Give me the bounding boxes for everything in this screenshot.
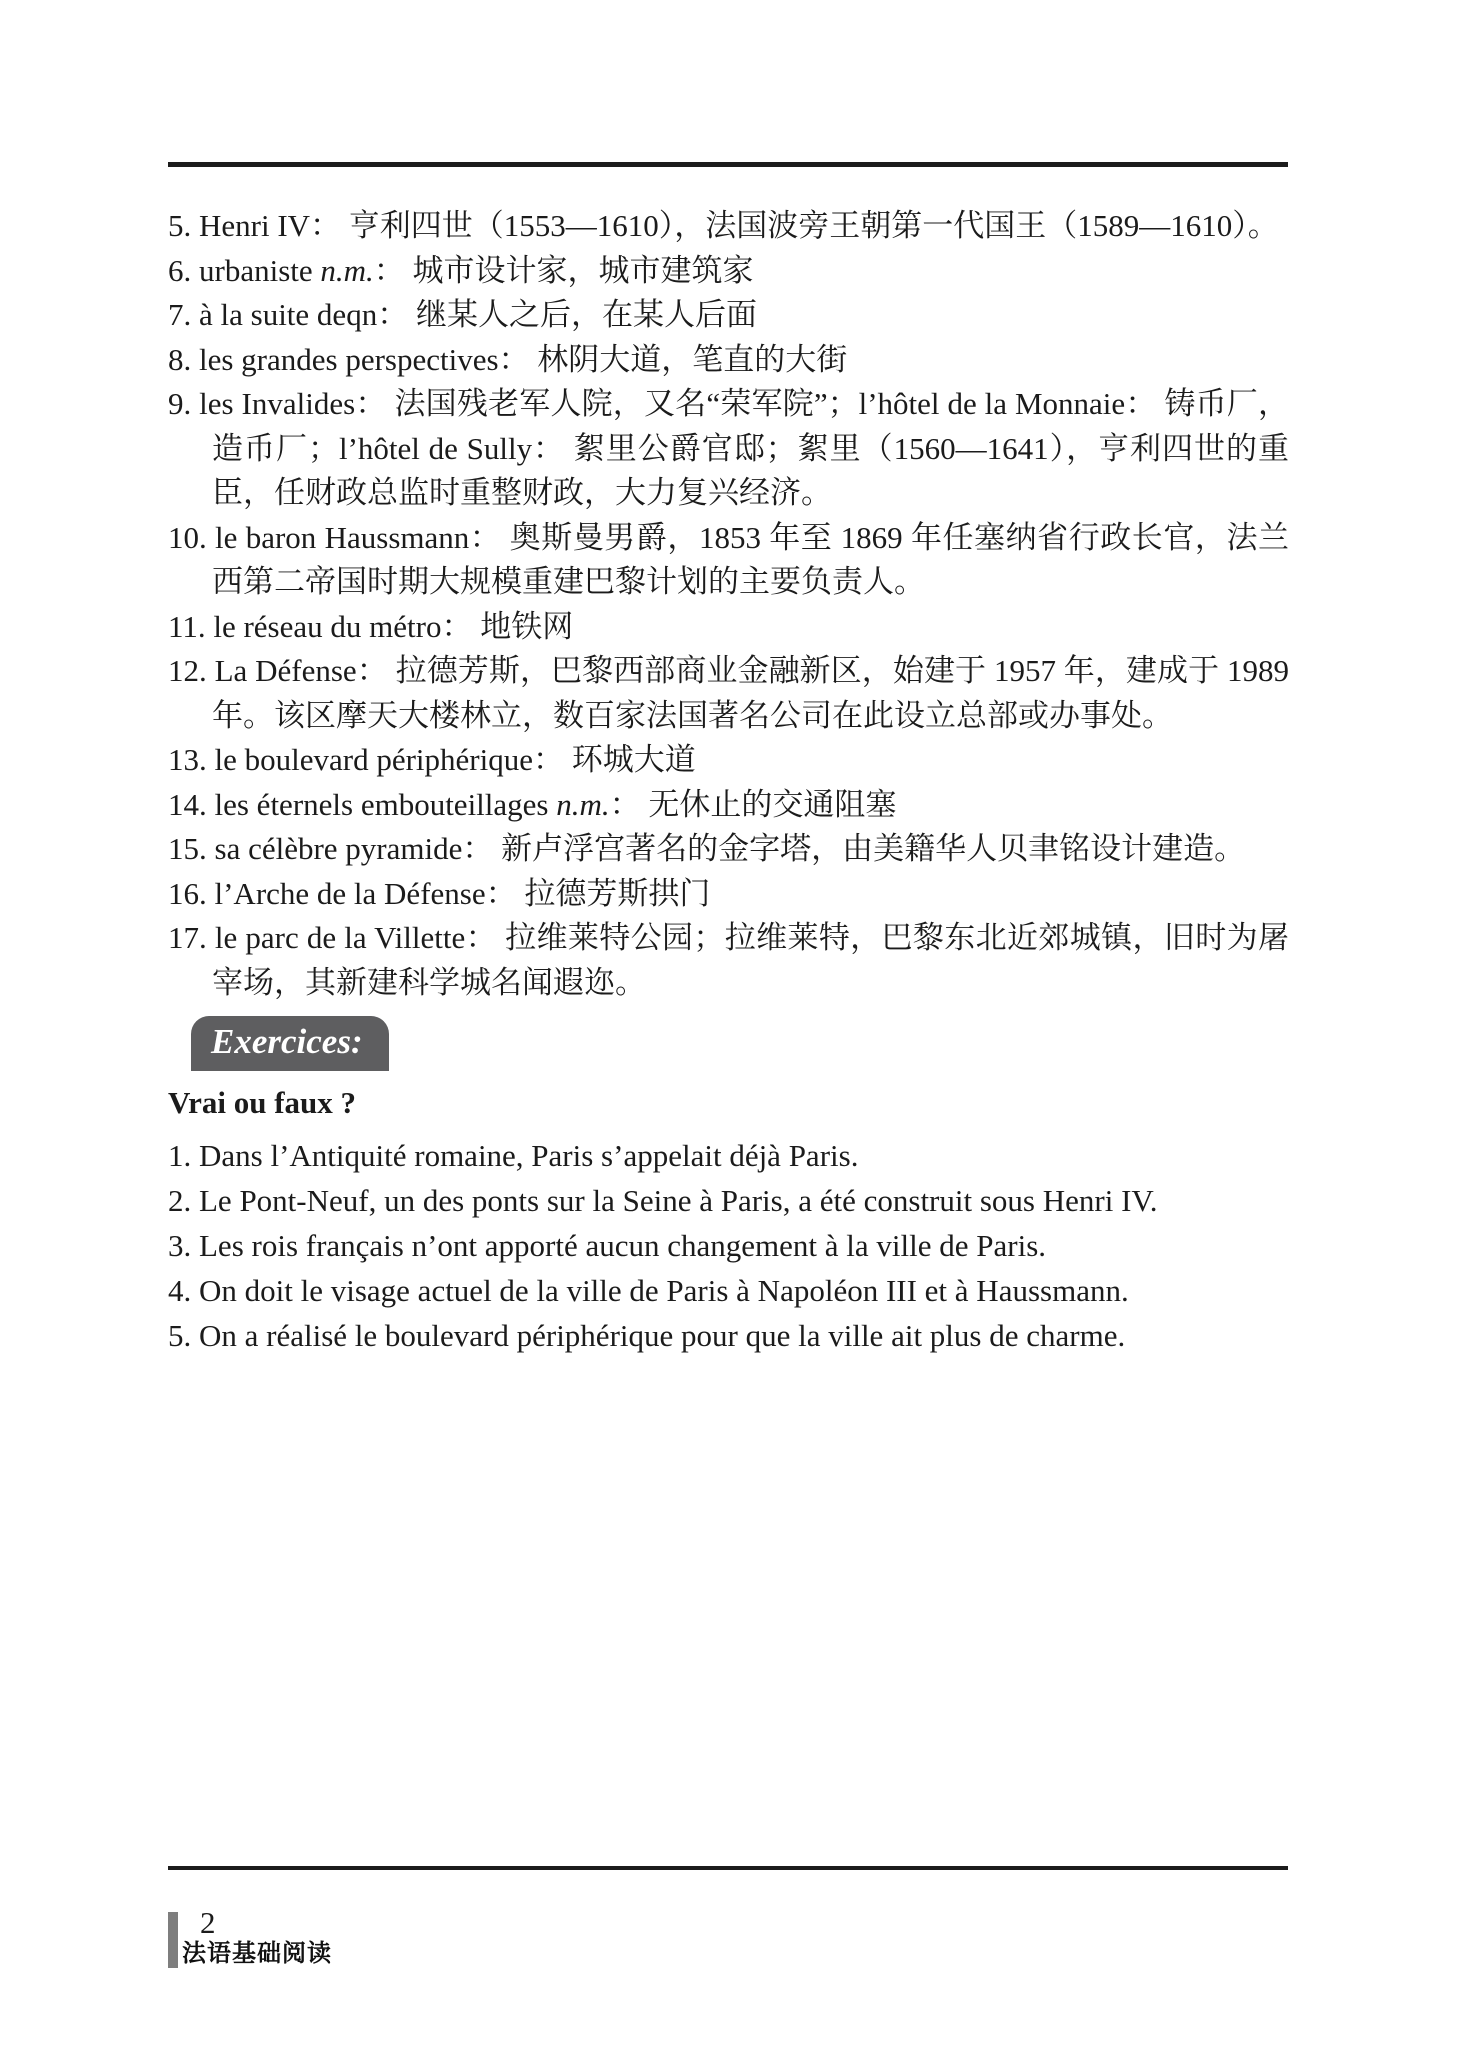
note-item: 9. les Invalides： 法国残老军人院，又名“荣军院”；l’hôte… xyxy=(168,382,1289,516)
book-page: { "colors": { "text": "#1b1b1b", "rule":… xyxy=(0,0,1457,2048)
note-text: 5. Henri IV： 亨利四世（1553—1610），法国波旁王朝第一代国王… xyxy=(168,208,1279,243)
note-text: 16. l’Arche de la Défense： 拉德芳斯拱门 xyxy=(168,876,710,911)
exercises-section: Exercices: Vrai ou faux ? 1. Dans l’Anti… xyxy=(168,1004,1289,1358)
note-text: ： 城市设计家，城市建筑家 xyxy=(374,253,754,288)
note-text: 7. à la suite deqn： 继某人之后，在某人后面 xyxy=(168,297,757,332)
note-text: 11. le réseau du métro： 地铁网 xyxy=(168,609,573,644)
note-item: 17. le parc de la Villette： 拉维莱特公园；拉维莱特，… xyxy=(168,916,1289,1005)
exercise-item: 4. On doit le visage actuel de la ville … xyxy=(168,1268,1289,1313)
top-rule xyxy=(168,162,1288,167)
note-text: 14. les éternels embouteillages xyxy=(168,787,556,822)
exercise-item: 5. On a réalisé le boulevard périphériqu… xyxy=(168,1313,1289,1358)
note-item: 14. les éternels embouteillages n.m.： 无休… xyxy=(168,783,1289,828)
note-text: 12. La Défense： 拉德芳斯，巴黎西部商业金融新区，始建于 1957… xyxy=(168,653,1289,733)
footer-bar xyxy=(168,1912,178,1968)
note-gender-abbrev: n.m. xyxy=(320,253,373,288)
exercise-item: 1. Dans l’Antiquité romaine, Paris s’app… xyxy=(168,1133,1289,1178)
note-text: 9. les Invalides： 法国残老军人院，又名“荣军院”；l’hôte… xyxy=(168,386,1289,510)
note-text: ： 无休止的交通阻塞 xyxy=(610,787,897,822)
vrai-ou-faux-heading: Vrai ou faux ? xyxy=(168,1083,1289,1123)
note-item: 5. Henri IV： 亨利四世（1553—1610），法国波旁王朝第一代国王… xyxy=(168,204,1289,249)
bottom-rule xyxy=(168,1866,1288,1870)
exercise-list: 1. Dans l’Antiquité romaine, Paris s’app… xyxy=(168,1133,1289,1358)
note-item: 10. le baron Haussmann： 奥斯曼男爵，1853 年至 18… xyxy=(168,516,1289,605)
note-text: 6. urbaniste xyxy=(168,253,320,288)
note-item: 12. La Défense： 拉德芳斯，巴黎西部商业金融新区，始建于 1957… xyxy=(168,649,1289,738)
note-item: 7. à la suite deqn： 继某人之后，在某人后面 xyxy=(168,293,1289,338)
note-item: 16. l’Arche de la Défense： 拉德芳斯拱门 xyxy=(168,872,1289,917)
note-text: 8. les grandes perspectives： 林阴大道，笔直的大街 xyxy=(168,342,847,377)
exercices-badge: Exercices: xyxy=(191,1016,389,1071)
exercise-item: 2. Le Pont-Neuf, un des ponts sur la Sei… xyxy=(168,1178,1289,1223)
note-text: 15. sa célèbre pyramide： 新卢浮宫著名的金字塔，由美籍华… xyxy=(168,831,1245,866)
note-text: 10. le baron Haussmann： 奥斯曼男爵，1853 年至 18… xyxy=(168,520,1289,600)
notes-list: 5. Henri IV： 亨利四世（1553—1610），法国波旁王朝第一代国王… xyxy=(168,204,1289,1005)
note-item: 15. sa célèbre pyramide： 新卢浮宫著名的金字塔，由美籍华… xyxy=(168,827,1289,872)
page-number: 2 xyxy=(200,1906,216,1940)
note-gender-abbrev: n.m. xyxy=(556,787,609,822)
note-text: 17. le parc de la Villette： 拉维莱特公园；拉维莱特，… xyxy=(168,920,1289,1000)
exercise-item: 3. Les rois français n’ont apporté aucun… xyxy=(168,1223,1289,1268)
note-item: 6. urbaniste n.m.： 城市设计家，城市建筑家 xyxy=(168,249,1289,294)
note-text: 13. le boulevard périphérique： 环城大道 xyxy=(168,742,696,777)
book-title: 法语基础阅读 xyxy=(182,1940,332,1968)
note-item: 11. le réseau du métro： 地铁网 xyxy=(168,605,1289,650)
note-item: 13. le boulevard périphérique： 环城大道 xyxy=(168,738,1289,783)
note-item: 8. les grandes perspectives： 林阴大道，笔直的大街 xyxy=(168,338,1289,383)
